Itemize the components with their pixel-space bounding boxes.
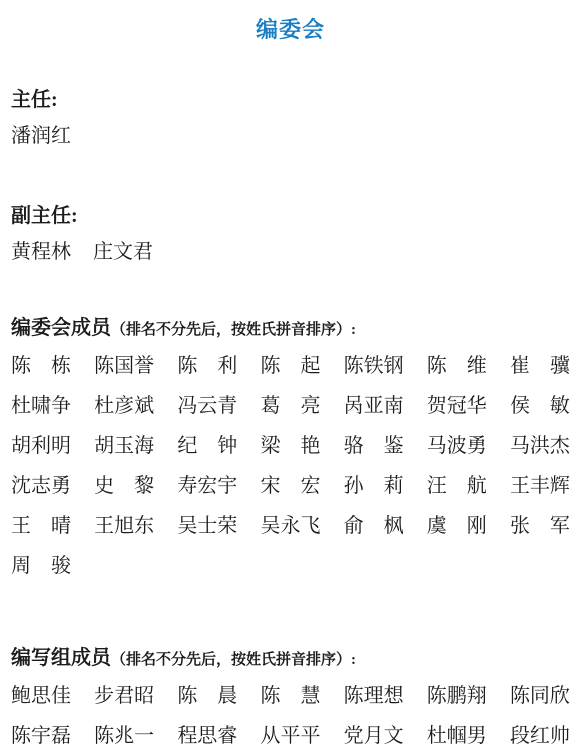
member-name: 陈鹏翔: [427, 676, 487, 716]
member-name: 陈同欣: [510, 676, 570, 716]
member-name: 陈宇磊: [11, 716, 71, 755]
member-name: 吴永飞: [260, 506, 320, 546]
member-name: 陈 晨: [177, 676, 237, 716]
member-name: 王 晴: [11, 506, 71, 546]
member-name: 呙亚南: [344, 386, 404, 426]
name-row: 杜啸争杜彦斌冯云青葛 亮呙亚南贺冠华侯 敏: [11, 386, 570, 426]
section-heading-note: （排名不分先后，按姓氏拼音排序）:: [111, 322, 356, 338]
name-row: 王 晴王旭东吴士荣吴永飞俞 枫虞 刚张 军: [11, 506, 570, 546]
member-name: 杜彦斌: [94, 386, 154, 426]
section: 副主任:黄程林庄文君: [11, 200, 570, 272]
name-row: 潘润红: [11, 116, 570, 156]
member-name: 周 骏: [11, 555, 71, 577]
member-name: 崔 骥: [510, 346, 570, 386]
member-name: 潘润红: [11, 125, 71, 147]
member-name: 沈志勇: [11, 466, 71, 506]
section-heading-text: 编写组成员: [11, 647, 111, 669]
member-name: 庄文君: [93, 241, 153, 263]
member-name: 杜帼男: [427, 716, 487, 755]
member-name: 党月文: [344, 716, 404, 755]
sections: 主任:潘润红副主任:黄程林庄文君编委会成员（排名不分先后，按姓氏拼音排序）:陈 …: [11, 84, 570, 755]
member-name: 胡玉海: [94, 426, 154, 466]
member-name: 陈理想: [344, 676, 404, 716]
name-row: 鲍思佳步君昭陈 晨陈 慧陈理想陈鹏翔陈同欣: [11, 676, 570, 716]
member-name: 俞 枫: [344, 506, 404, 546]
member-name: 纪 钟: [177, 426, 237, 466]
member-name: 陈铁钢: [344, 346, 404, 386]
member-name: 陈兆一: [94, 716, 154, 755]
member-name: 汪 航: [427, 466, 487, 506]
member-name: 冯云青: [177, 386, 237, 426]
name-row: 黄程林庄文君: [11, 232, 570, 272]
member-name: 王丰辉: [510, 466, 570, 506]
section-heading: 编写组成员（排名不分先后，按姓氏拼音排序）:: [11, 642, 570, 676]
member-name: 张 军: [510, 506, 570, 546]
member-name: 吴士荣: [177, 506, 237, 546]
member-name: 段红帅: [510, 716, 570, 755]
section-heading: 副主任:: [11, 200, 570, 232]
name-row: 陈宇磊陈兆一程思睿从平平党月文杜帼男段红帅: [11, 716, 570, 755]
member-name: 梁 艳: [260, 426, 320, 466]
member-name: 陈 栋: [11, 346, 71, 386]
name-row: 周 骏: [11, 546, 570, 586]
member-name: 黄程林: [11, 241, 71, 263]
member-name: 马洪杰: [510, 426, 570, 466]
name-row: 沈志勇史 黎寿宏宇宋 宏孙 莉汪 航王丰辉: [11, 466, 570, 506]
member-name: 葛 亮: [260, 386, 320, 426]
member-name: 骆 鉴: [344, 426, 404, 466]
name-row: 陈 栋陈国誉陈 利陈 起陈铁钢陈 维崔 骥: [11, 346, 570, 386]
member-name: 陈 利: [177, 346, 237, 386]
member-name: 寿宏宇: [177, 466, 237, 506]
section-heading: 主任:: [11, 84, 570, 116]
member-name: 步君昭: [94, 676, 154, 716]
member-name: 陈 慧: [260, 676, 320, 716]
member-name: 陈国誉: [94, 346, 154, 386]
member-name: 鲍思佳: [11, 676, 71, 716]
section: 编委会成员（排名不分先后，按姓氏拼音排序）:陈 栋陈国誉陈 利陈 起陈铁钢陈 维…: [11, 312, 570, 586]
member-name: 宋 宏: [260, 466, 320, 506]
member-name: 程思睿: [177, 716, 237, 755]
member-name: 杜啸争: [11, 386, 71, 426]
section-heading-text: 主任:: [11, 89, 58, 111]
section-heading-text: 副主任:: [11, 205, 78, 227]
section-heading: 编委会成员（排名不分先后，按姓氏拼音排序）:: [11, 312, 570, 346]
member-name: 孙 莉: [344, 466, 404, 506]
member-name: 史 黎: [94, 466, 154, 506]
member-name: 贺冠华: [427, 386, 487, 426]
section: 主任:潘润红: [11, 84, 570, 156]
member-name: 陈 起: [260, 346, 320, 386]
section: 编写组成员（排名不分先后，按姓氏拼音排序）:鲍思佳步君昭陈 晨陈 慧陈理想陈鹏翔…: [11, 642, 570, 755]
page-title: 编委会: [11, 16, 570, 44]
member-name: 虞 刚: [427, 506, 487, 546]
name-row: 胡利明胡玉海纪 钟梁 艳骆 鉴马波勇马洪杰: [11, 426, 570, 466]
member-name: 胡利明: [11, 426, 71, 466]
section-heading-note: （排名不分先后，按姓氏拼音排序）:: [111, 652, 356, 668]
member-name: 马波勇: [427, 426, 487, 466]
section-heading-text: 编委会成员: [11, 317, 111, 339]
member-name: 王旭东: [94, 506, 154, 546]
document-page: 编委会 主任:潘润红副主任:黄程林庄文君编委会成员（排名不分先后，按姓氏拼音排序…: [0, 0, 581, 755]
member-name: 侯 敏: [510, 386, 570, 426]
member-name: 陈 维: [427, 346, 487, 386]
member-name: 从平平: [260, 716, 320, 755]
